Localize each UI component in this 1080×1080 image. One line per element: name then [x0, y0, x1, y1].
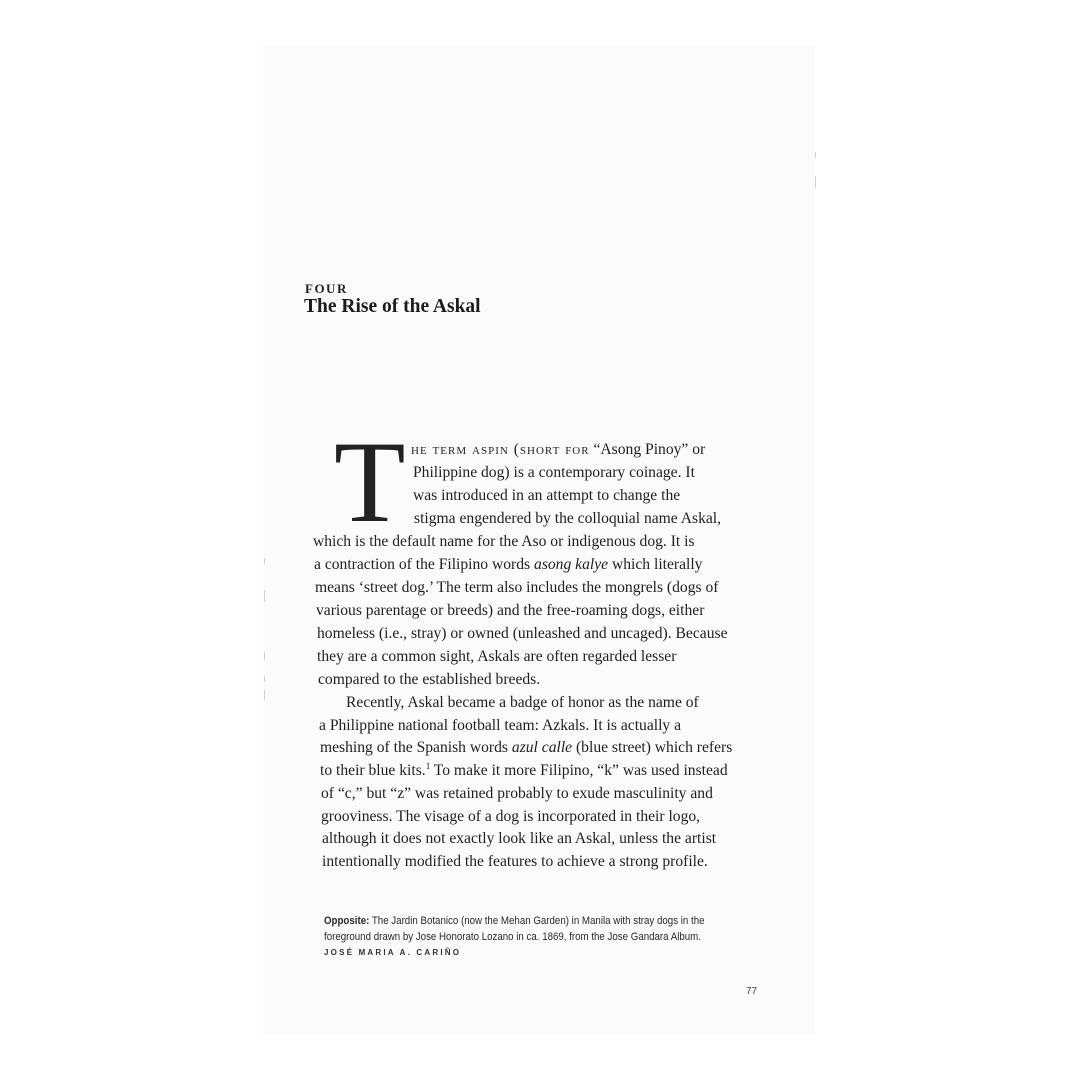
body-line: of “c,” but “z” was retained probably to… — [321, 784, 713, 804]
body-line: various parentage or breeds) and the fre… — [316, 601, 704, 621]
body-line: grooviness. The visage of a dog is incor… — [321, 807, 700, 827]
page-number: 77 — [746, 986, 757, 997]
body-line: although it does not exactly look like a… — [322, 829, 716, 849]
scan-mark — [264, 590, 265, 602]
body-line: compared to the established breeds. — [318, 670, 540, 690]
body-line: Recently, Askal became a badge of honor … — [346, 693, 699, 713]
scan-mark — [264, 676, 265, 682]
body-line: meshing of the Spanish words azul calle … — [320, 738, 732, 758]
scan-mark — [264, 558, 265, 564]
body-line: a Philippine national football team: Azk… — [319, 716, 681, 736]
body-line: was introduced in an attempt to change t… — [413, 486, 680, 506]
body-line: to their blue kits.1 To make it more Fil… — [320, 761, 728, 781]
body-line: a contraction of the Filipino words ason… — [314, 555, 702, 575]
drop-cap: T — [334, 424, 405, 541]
figure-caption: Opposite: The Jardin Botanico (now the M… — [324, 914, 694, 945]
scan-mark — [264, 652, 265, 660]
italic-term: asong kalye — [534, 556, 608, 573]
chapter-title: The Rise of the Askal — [304, 296, 481, 318]
body-line: intentionally modified the features to a… — [322, 852, 708, 872]
chapter-number: FOUR — [305, 281, 348, 297]
italic-term: azul calle — [512, 739, 572, 756]
body-line: stigma engendered by the colloquial name… — [414, 509, 721, 529]
scan-mark — [264, 690, 265, 700]
caption-label: Opposite: — [324, 915, 369, 927]
body-line: he term aspin (short for “Asong Pinoy” o… — [411, 440, 705, 460]
body-line: they are a common sight, Askals are ofte… — [317, 647, 676, 667]
body-line: which is the default name for the Aso or… — [313, 532, 695, 552]
photo-credit: JOSÉ MARIA A. CARIÑO — [324, 948, 461, 957]
body-line: homeless (i.e., stray) or owned (unleash… — [317, 624, 728, 644]
body-line: means ‘street dog.’ The term also includ… — [315, 578, 718, 598]
body-line: Philippine dog) is a contemporary coinag… — [413, 463, 695, 483]
smallcaps-lead-in: he term aspin (short for — [411, 441, 590, 458]
scan-mark — [815, 176, 816, 188]
scan-mark — [815, 152, 816, 158]
